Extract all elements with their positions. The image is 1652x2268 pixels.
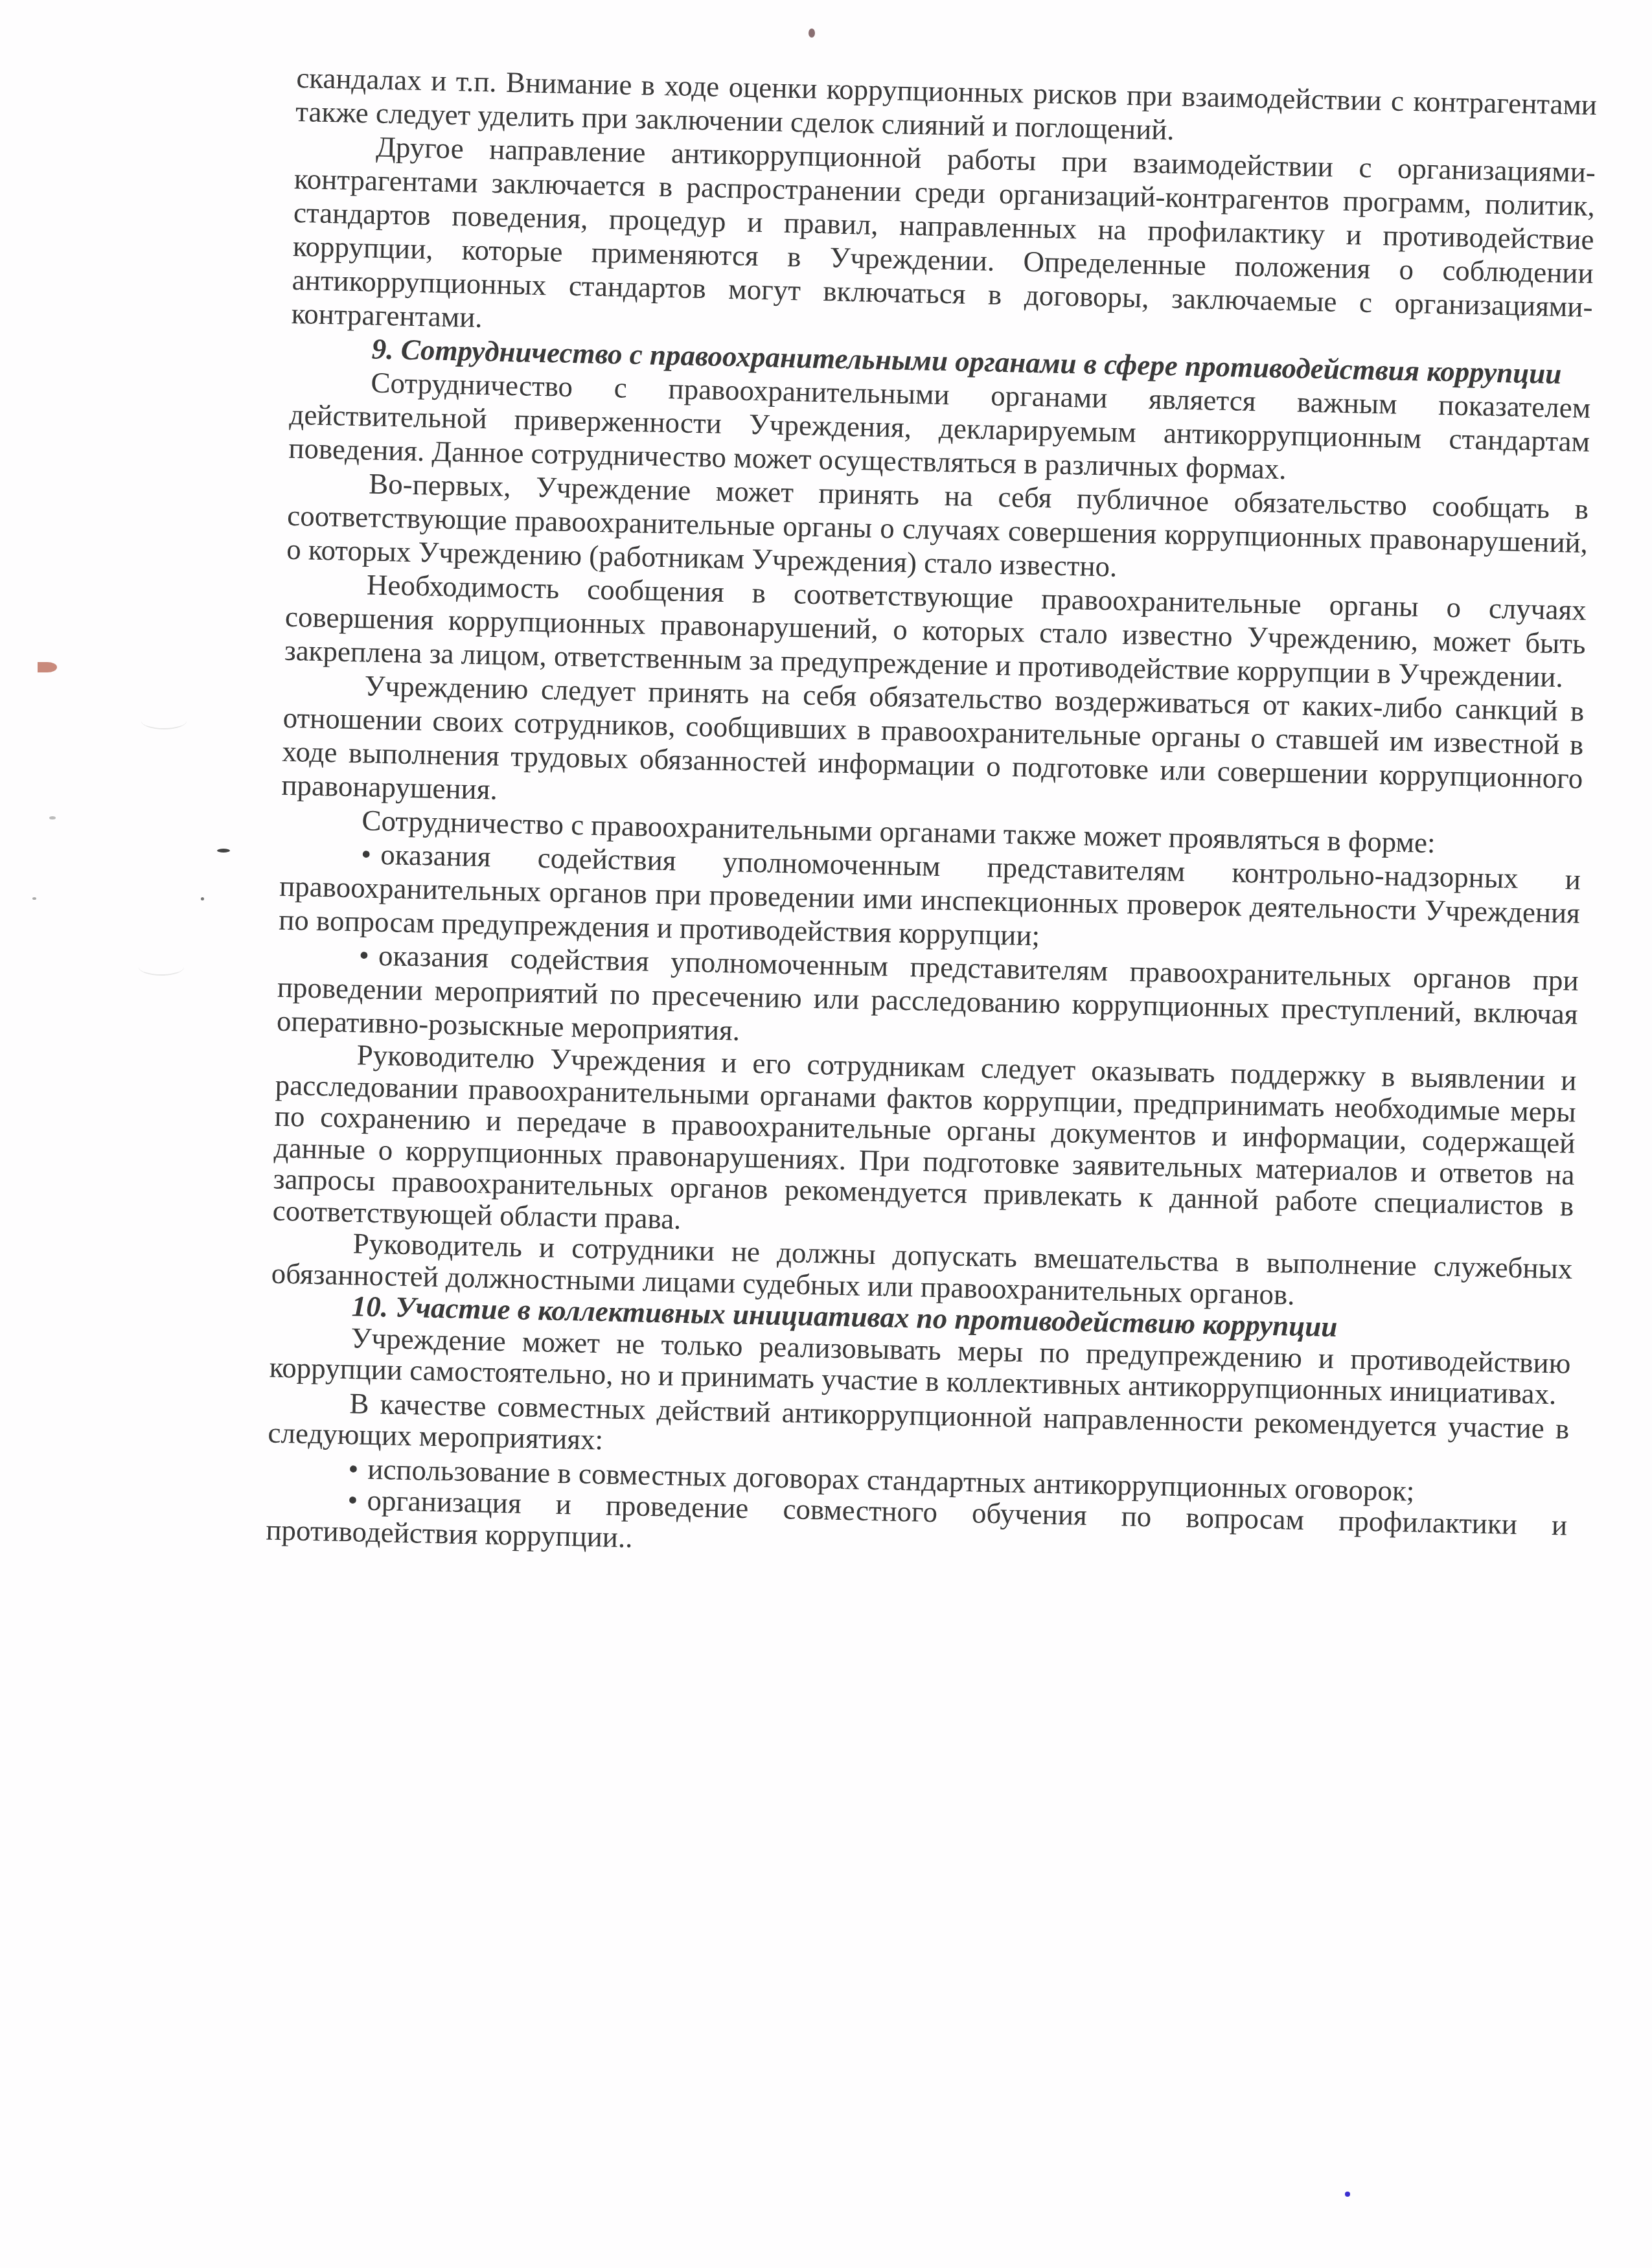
punch-hole-mark [141,713,187,729]
bullet-icon: • [348,1453,368,1485]
scan-speck [217,849,230,853]
scan-speck [32,897,36,900]
scan-speck [809,29,815,38]
document-body: скандалах и т.п. Внимание в ходе оценки … [266,61,1598,1573]
scan-speck [49,816,56,819]
scan-speck [38,662,57,672]
scan-speck [1345,2192,1350,2197]
paragraph: Учреждению следует принять на себя обяза… [281,667,1585,829]
paragraph: Другое направление антикоррупционной раб… [291,128,1596,358]
punch-hole-mark [139,959,184,976]
bullet-icon: • [361,837,381,871]
bullet-icon: • [347,1484,367,1516]
scan-speck [201,897,204,900]
paragraph: Руководителю Учреждения и его сотрудника… [272,1038,1577,1254]
bullet-icon: • [359,938,379,972]
scanned-page: скандалах и т.п. Внимание в ходе оценки … [0,0,1652,2268]
